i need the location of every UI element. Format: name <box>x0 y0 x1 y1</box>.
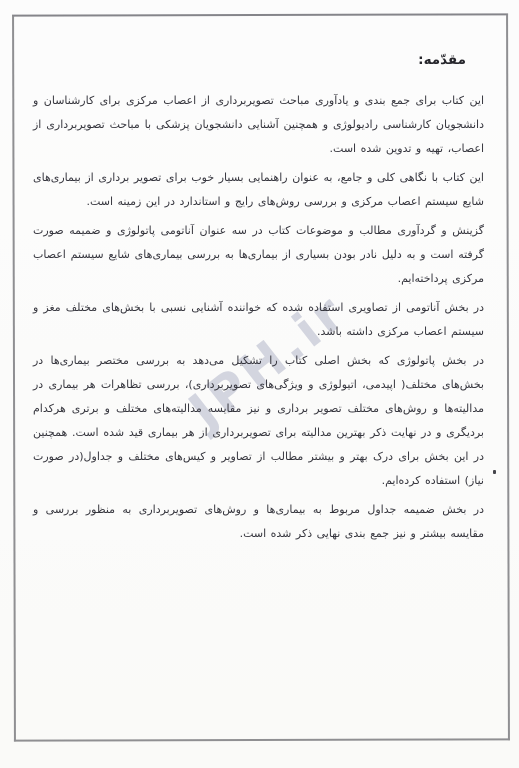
scanned-page: JPH.ir مقدّمه: این کتاب برای جمع بندی و … <box>0 0 519 768</box>
scan-artifact-speck <box>493 470 496 474</box>
page-content: مقدّمه: این کتاب برای جمع بندی و یادآوری… <box>33 52 484 551</box>
paragraph-anatomy-section: در بخش آناتومی از تصاویری استفاده شده که… <box>33 296 484 344</box>
paragraph-guide-overview: این کتاب با نگاهی کلی و جامع، به عنوان ر… <box>33 166 484 214</box>
paragraph-appendix-section: در بخش ضمیمه جداول مربوط به بیماری‌ها و … <box>33 498 484 546</box>
paragraph-content-selection: گزینش و گردآوری مطالب و موضوعات کتاب در … <box>33 219 484 291</box>
paragraph-pathology-section: در بخش پاتولوژی که بخش اصلی کتاب را تشکی… <box>33 349 484 493</box>
paragraph-intro-purpose: این کتاب برای جمع بندی و یادآوری مباحث ت… <box>33 89 484 161</box>
page-title: مقدّمه: <box>33 52 466 68</box>
